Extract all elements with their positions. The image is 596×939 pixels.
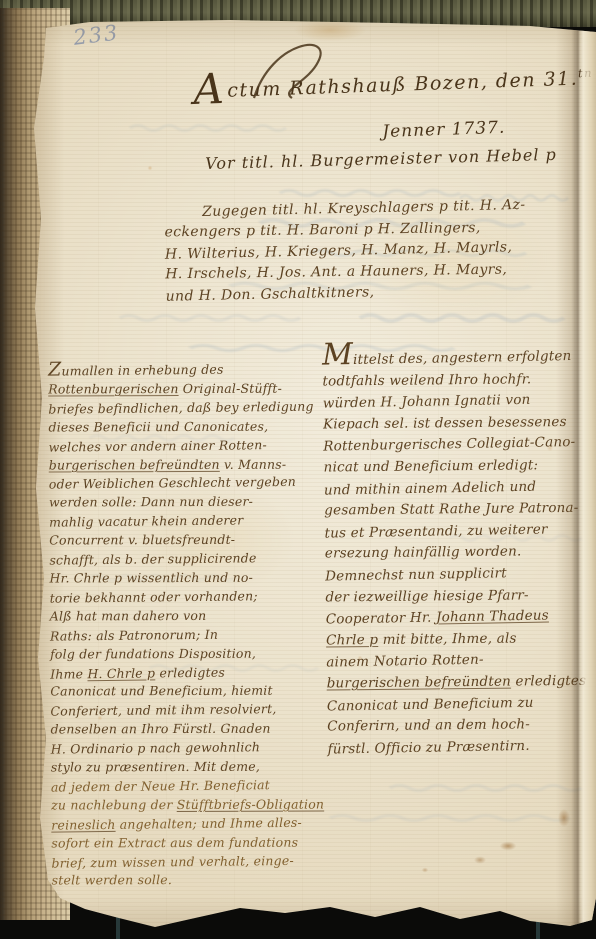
manuscript-line: zu nachlebung der Stüfftbriefs-Obligatio… bbox=[51, 795, 343, 815]
manuscript-line: torie bekhannt oder vorhanden; bbox=[50, 586, 342, 608]
heading-date-line: Jenner 1737. bbox=[382, 118, 506, 142]
manuscript-line: Alß hat man dahero von bbox=[50, 606, 342, 626]
manuscript-line: werden solle: Dann nun dieser- bbox=[49, 493, 341, 513]
manuscript-line: stelt werden solle. bbox=[52, 871, 344, 891]
manuscript-line: stylo zu præsentiren. Mit deme, bbox=[51, 757, 343, 777]
manuscript-line: dieses Beneficii und Canonicates, bbox=[48, 417, 340, 437]
manuscript-line: Conferiert, und mit ihm resolviert, bbox=[50, 700, 342, 722]
folio-number: 233 bbox=[72, 20, 121, 49]
manuscript-line: Hr. Chrle p wissentlich und no- bbox=[49, 568, 341, 588]
manuscript-line: Canonicat und Beneficium, hiemit bbox=[50, 682, 342, 702]
manuscript-line: Rottenburgerischen Original-Stüfft- bbox=[48, 379, 340, 399]
manuscript-line: Zumallen in erhebung des bbox=[48, 357, 340, 381]
body-left-column: Zumallen in erhebung desRottenburgerisch… bbox=[48, 358, 344, 891]
manuscript-line: welches vor andern ainer Rotten- bbox=[49, 435, 341, 457]
heading-actum-line: Actum Rathshauß Bozen, den 31.tn bbox=[193, 66, 594, 103]
manuscript-line: mahlig vacatur khein anderer bbox=[49, 511, 341, 533]
manuscript-page: 233 Actum Rathshauß Bozen, den 31.tn Jen… bbox=[30, 18, 596, 933]
manuscript-line: denselben an Ihro Fürstl. Gnaden bbox=[51, 720, 343, 740]
manuscript-line: reineslich angehalten; und Ihme alles- bbox=[51, 813, 343, 835]
manuscript-line: folg der fundations Disposition, bbox=[50, 644, 342, 664]
manuscript-line: schafft, als b. der supplicirende bbox=[49, 548, 341, 570]
manuscript-line: briefes befindlichen, daß bey erledigung bbox=[48, 397, 340, 419]
manuscript-line: H. Ordinario p nach gewohnlich bbox=[51, 737, 343, 759]
manuscript-line: Concurrent v. bluetsfreundt- bbox=[49, 531, 341, 551]
heading-actum-text: ctum Rathshauß Bozen, den 31.tn bbox=[227, 67, 594, 102]
heading-presiding-line: Vor titl. hl. Burgermeister von Hebel p bbox=[205, 145, 557, 173]
scanned-book-page: 233 Actum Rathshauß Bozen, den 31.tn Jen… bbox=[0, 0, 596, 939]
scan-stand-line bbox=[116, 917, 120, 939]
manuscript-line: Demnechst nun supplicirt bbox=[325, 562, 593, 589]
body-right-column: Mittelst des, angestern erfolgtentodtfah… bbox=[322, 346, 596, 760]
attendees-list: Zugegen titl. hl. Kreyschlagers p tit. H… bbox=[164, 196, 527, 307]
manuscript-line: Raths: als Patronorum; In bbox=[50, 624, 342, 646]
manuscript-line: sofort ein Extract aus dem fundations bbox=[51, 833, 343, 853]
heading-initial: A bbox=[192, 64, 226, 114]
manuscript-line: ad jedem der Neue Hr. Beneficiat bbox=[51, 775, 343, 797]
manuscript-line: fürstl. Officio zu Præsentirn. bbox=[327, 734, 595, 761]
manuscript-line: burgerischen befreündten erledigtes bbox=[327, 671, 595, 695]
